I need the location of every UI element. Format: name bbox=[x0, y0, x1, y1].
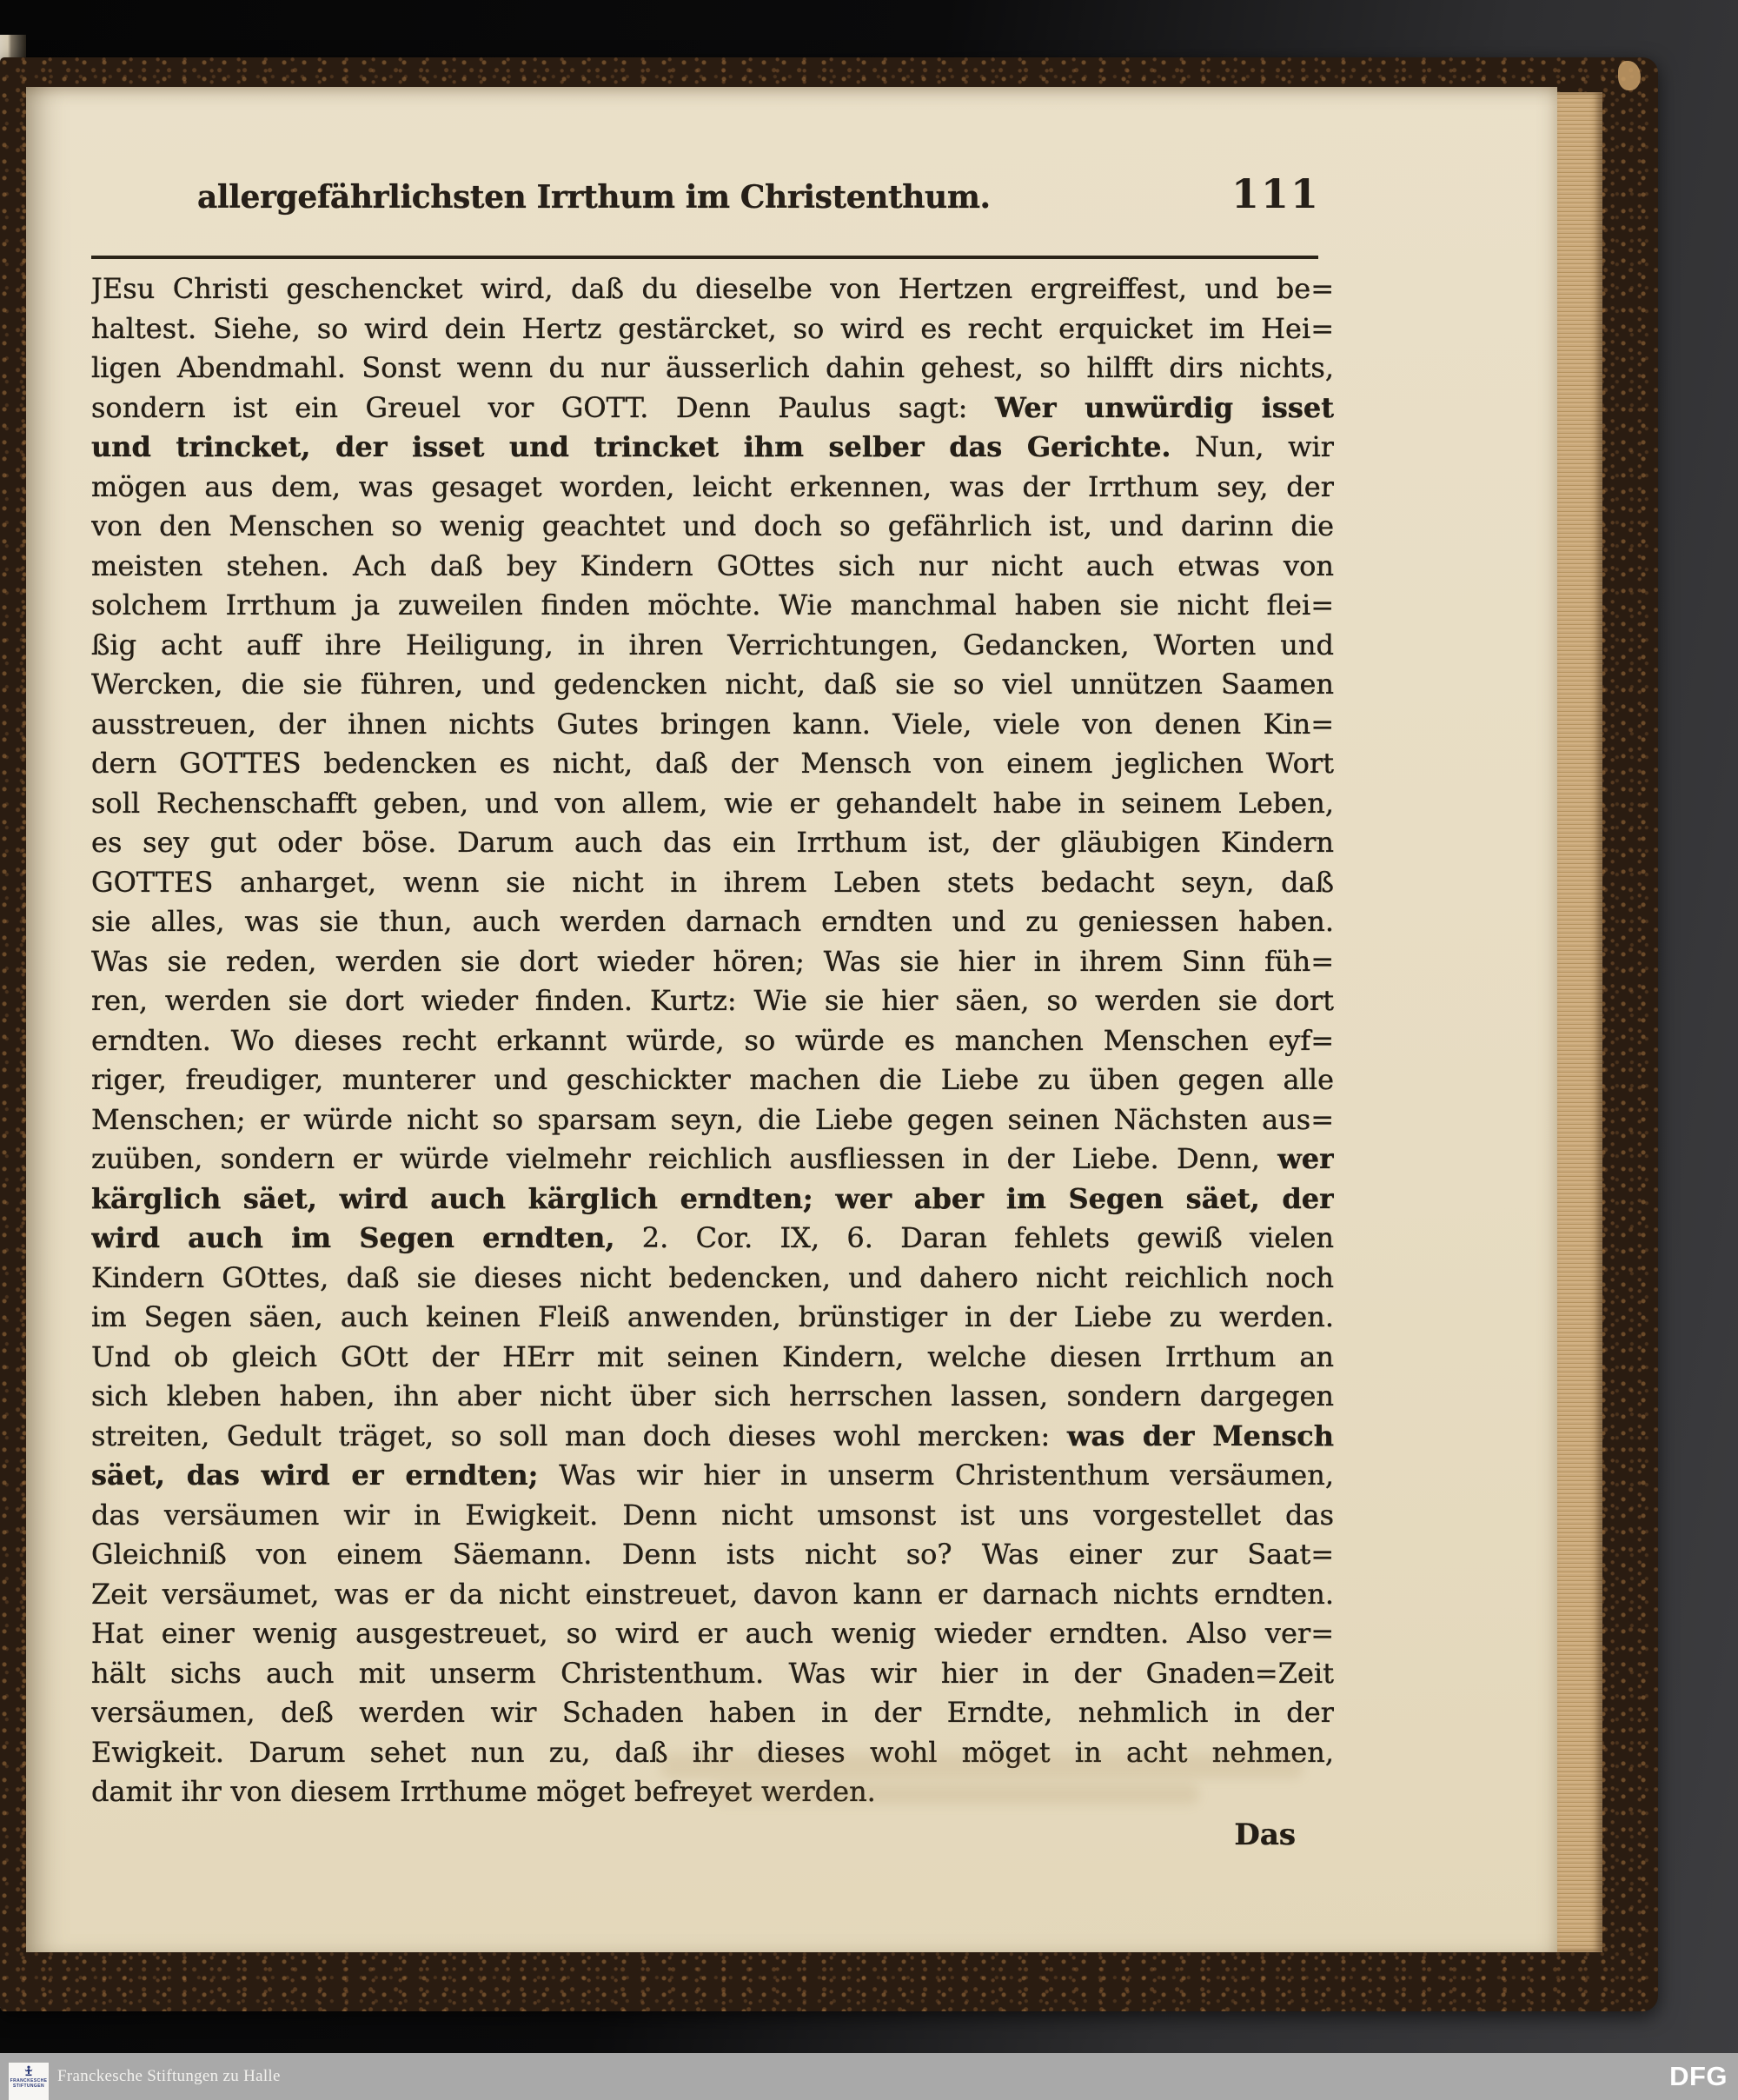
text-segment: Kindern GOttes, daß sie dieses nicht bed… bbox=[91, 1261, 1334, 1294]
text-line: ligen Abendmahl. Sonst wenn du nur äusse… bbox=[91, 349, 1334, 389]
text-segment: Zeit versäumet, was er da nicht einstreu… bbox=[91, 1578, 1334, 1611]
text-line: JEsu Christi geschencket wird, daß du di… bbox=[91, 269, 1334, 309]
text-line: ren, werden sie dort wieder finden. Kurt… bbox=[91, 981, 1334, 1021]
text-line: kärglich säet, wird auch kärglich erndte… bbox=[91, 1180, 1334, 1219]
text-segment: sie alles, was sie thun, auch werden dar… bbox=[91, 905, 1334, 938]
text-segment: Was wir hier in unserm Christenthum vers… bbox=[538, 1459, 1334, 1492]
franckesche-logo-text: FRANCKESCHE STIFTUNGEN bbox=[10, 2078, 48, 2089]
text-line: Wercken, die sie führen, und gedencken n… bbox=[91, 665, 1334, 705]
franckesche-logo: FRANCKESCHE STIFTUNGEN bbox=[9, 2063, 49, 2100]
bold-text-segment: was der Mensch bbox=[1067, 1419, 1334, 1452]
text-segment: haltest. Siehe, so wird dein Hertz gestä… bbox=[91, 312, 1334, 345]
body-text: JEsu Christi geschencket wird, daß du di… bbox=[91, 269, 1334, 1856]
text-line: GOTTES anharget, wenn sie nicht in ihrem… bbox=[91, 863, 1334, 903]
bold-text-segment: kärglich säet, wird auch kärglich erndte… bbox=[91, 1182, 1334, 1215]
bold-text-segment: wer bbox=[1277, 1142, 1334, 1175]
logo-text-line2: STIFTUNGEN bbox=[10, 2083, 48, 2089]
text-segment: Und ob gleich GOtt der HErr mit seinen K… bbox=[91, 1340, 1334, 1373]
bold-text-segment: wird auch im Segen erndten, bbox=[91, 1221, 615, 1254]
text-line: streiten, Gedult träget, so soll man doc… bbox=[91, 1417, 1334, 1457]
text-line: es sey gut oder böse. Darum auch das ein… bbox=[91, 823, 1334, 863]
show-through-smudge bbox=[713, 1784, 1199, 1804]
text-line: meisten stehen. Ach daß bey Kindern GOtt… bbox=[91, 547, 1334, 587]
text-segment: Wercken, die sie führen, und gedencken n… bbox=[91, 668, 1334, 701]
text-line: das versäumen wir in Ewigkeit. Denn nich… bbox=[91, 1496, 1334, 1536]
franckesche-emblem-icon bbox=[22, 2064, 36, 2078]
text-segment: meisten stehen. Ach daß bey Kindern GOtt… bbox=[91, 549, 1334, 582]
text-line: im Segen säen, auch keinen Fleiß anwende… bbox=[91, 1298, 1334, 1338]
text-line: solchem Irrthum ja zuweilen finden möcht… bbox=[91, 586, 1334, 626]
institution-name: Franckesche Stiftungen zu Halle bbox=[57, 2053, 281, 2100]
body-lines: JEsu Christi geschencket wird, daß du di… bbox=[91, 269, 1334, 1812]
bold-text-segment: säet, das wird er erndten; bbox=[91, 1459, 538, 1492]
text-segment: von den Menschen so wenig geachtet und d… bbox=[91, 509, 1334, 542]
text-line: Gleichniß von einem Säemann. Denn ists n… bbox=[91, 1535, 1334, 1575]
text-line: und trincket, der isset und trincket ihm… bbox=[91, 428, 1334, 468]
catchword: Das bbox=[91, 1816, 1334, 1856]
text-segment: ligen Abendmahl. Sonst wenn du nur äusse… bbox=[91, 351, 1334, 384]
text-segment: mögen aus dem, was gesaget worden, leich… bbox=[91, 470, 1334, 503]
text-segment: solchem Irrthum ja zuweilen finden möcht… bbox=[91, 588, 1334, 621]
text-line: zuüben, sondern er würde vielmehr reichl… bbox=[91, 1140, 1334, 1180]
text-segment: hält sichs auch mit unserm Christenthum.… bbox=[91, 1657, 1334, 1690]
text-segment: soll Rechenschafft geben, und von allem,… bbox=[91, 787, 1334, 820]
text-segment: ren, werden sie dort wieder finden. Kurt… bbox=[91, 984, 1334, 1017]
text-line: säet, das wird er erndten; Was wir hier … bbox=[91, 1456, 1334, 1496]
show-through-smudge bbox=[660, 1754, 1303, 1778]
text-segment: 2. Cor. IX, 6. Daran fehlets gewiß viele… bbox=[615, 1221, 1334, 1254]
header-rule bbox=[91, 256, 1318, 259]
text-line: haltest. Siehe, so wird dein Hertz gestä… bbox=[91, 309, 1334, 349]
text-line: erndten. Wo dieses recht erkannt würde, … bbox=[91, 1021, 1334, 1061]
dfg-logo: DFG bbox=[1669, 2053, 1728, 2100]
cover-damage-spot bbox=[1618, 61, 1641, 90]
text-segment: Menschen; er würde nicht so sparsam seyn… bbox=[91, 1103, 1334, 1136]
page-number: 111 bbox=[1231, 170, 1320, 217]
text-segment: im Segen säen, auch keinen Fleiß anwende… bbox=[91, 1300, 1334, 1333]
text-line: ausstreuen, der ihnen nichts Gutes bring… bbox=[91, 705, 1334, 745]
book-page: allergefährlichsten Irrthum im Christent… bbox=[26, 87, 1557, 1952]
text-segment: Gleichniß von einem Säemann. Denn ists n… bbox=[91, 1538, 1334, 1571]
text-segment: ausstreuen, der ihnen nichts Gutes bring… bbox=[91, 708, 1334, 741]
text-segment: Hat einer wenig ausgestreuet, so wird er… bbox=[91, 1617, 1334, 1650]
text-line: hält sichs auch mit unserm Christenthum.… bbox=[91, 1654, 1334, 1694]
text-line: sie alles, was sie thun, auch werden dar… bbox=[91, 902, 1334, 942]
text-segment: das versäumen wir in Ewigkeit. Denn nich… bbox=[91, 1499, 1334, 1532]
scan-root: allergefährlichsten Irrthum im Christent… bbox=[0, 0, 1738, 2100]
text-line: Zeit versäumet, was er da nicht einstreu… bbox=[91, 1575, 1334, 1615]
text-segment: es sey gut oder böse. Darum auch das ein… bbox=[91, 826, 1334, 859]
text-segment: Nun, wir bbox=[1171, 430, 1334, 463]
text-line: mögen aus dem, was gesaget worden, leich… bbox=[91, 468, 1334, 508]
text-segment: JEsu Christi geschencket wird, daß du di… bbox=[91, 272, 1334, 305]
text-line: von den Menschen so wenig geachtet und d… bbox=[91, 507, 1334, 547]
text-line: Menschen; er würde nicht so sparsam seyn… bbox=[91, 1100, 1334, 1140]
bold-text-segment: und trincket, der isset und trincket ihm… bbox=[91, 430, 1171, 463]
text-segment: sich kleben haben, ihn aber nicht über s… bbox=[91, 1379, 1334, 1412]
text-segment: versäumen, deß werden wir Schaden haben … bbox=[91, 1696, 1334, 1729]
text-line: sondern ist ein Greuel vor GOTT. Denn Pa… bbox=[91, 389, 1334, 429]
text-segment: ßig acht auff ihre Heiligung, in ihren V… bbox=[91, 628, 1334, 661]
text-segment: GOTTES anharget, wenn sie nicht in ihrem… bbox=[91, 866, 1334, 899]
text-segment: dern GOTTES bedencken es nicht, daß der … bbox=[91, 747, 1334, 780]
text-line: sich kleben haben, ihn aber nicht über s… bbox=[91, 1377, 1334, 1417]
bold-text-segment: Wer unwürdig isset bbox=[995, 391, 1334, 424]
text-line: riger, freudiger, munterer und geschickt… bbox=[91, 1060, 1334, 1100]
footer-bar: FRANCKESCHE STIFTUNGEN Franckesche Stift… bbox=[0, 2053, 1738, 2100]
text-line: ßig acht auff ihre Heiligung, in ihren V… bbox=[91, 626, 1334, 666]
text-line: versäumen, deß werden wir Schaden haben … bbox=[91, 1693, 1334, 1733]
text-line: wird auch im Segen erndten, 2. Cor. IX, … bbox=[91, 1219, 1334, 1259]
text-segment: riger, freudiger, munterer und geschickt… bbox=[91, 1063, 1334, 1096]
text-line: Was sie reden, werden sie dort wieder hö… bbox=[91, 942, 1334, 982]
text-segment: Was sie reden, werden sie dort wieder hö… bbox=[91, 945, 1334, 978]
text-line: Und ob gleich GOtt der HErr mit seinen K… bbox=[91, 1338, 1334, 1378]
text-segment: zuüben, sondern er würde vielmehr reichl… bbox=[91, 1142, 1277, 1175]
text-line: soll Rechenschafft geben, und von allem,… bbox=[91, 784, 1334, 824]
book-fore-edge bbox=[1557, 92, 1602, 1952]
running-header: allergefährlichsten Irrthum im Christent… bbox=[91, 170, 1334, 217]
text-segment: streiten, Gedult träget, so soll man doc… bbox=[91, 1419, 1067, 1452]
text-line: Hat einer wenig ausgestreuet, so wird er… bbox=[91, 1614, 1334, 1654]
text-line: dern GOTTES bedencken es nicht, daß der … bbox=[91, 744, 1334, 784]
page-title: allergefährlichsten Irrthum im Christent… bbox=[197, 179, 991, 216]
text-segment: erndten. Wo dieses recht erkannt würde, … bbox=[91, 1024, 1334, 1057]
text-line: Kindern GOttes, daß sie dieses nicht bed… bbox=[91, 1259, 1334, 1299]
text-segment: sondern ist ein Greuel vor GOTT. Denn Pa… bbox=[91, 391, 995, 424]
